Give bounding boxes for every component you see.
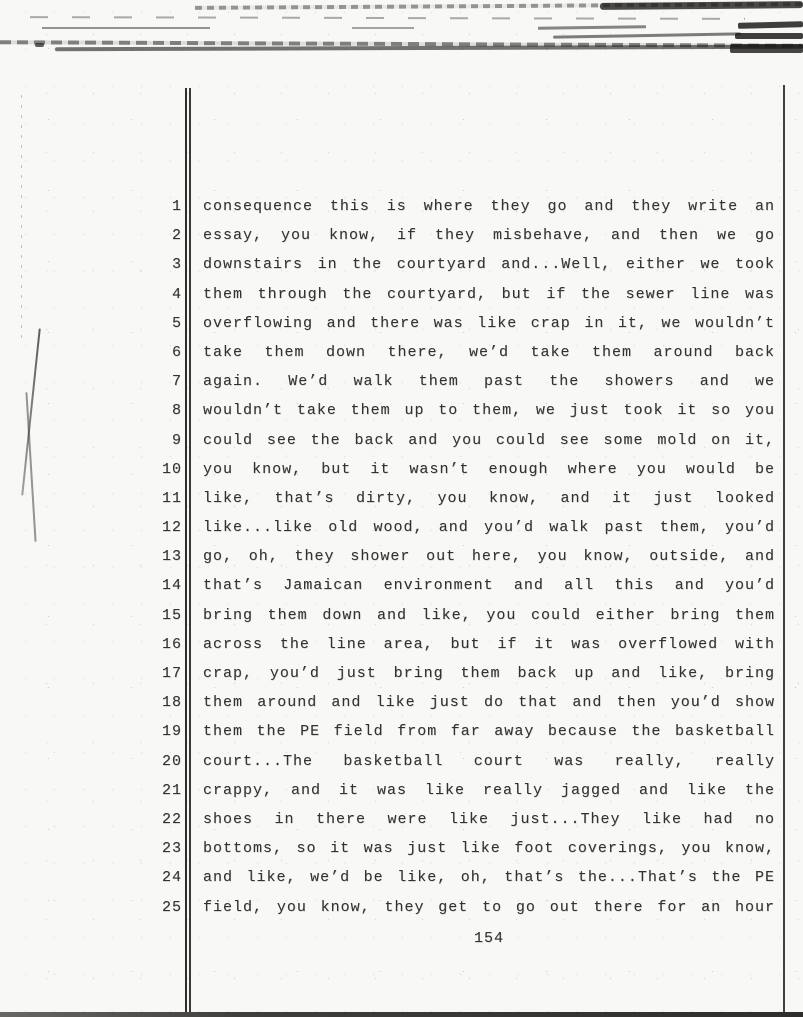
line-number: 17	[0, 659, 182, 688]
line-number: 25	[0, 893, 182, 922]
transcript-line: 7again. We’d walk them past the showers …	[0, 367, 803, 396]
transcript-line: 21crappy, and it was like really jagged …	[0, 776, 803, 805]
line-text: like, that’s dirty, you know, and it jus…	[182, 484, 803, 513]
transcript-line: 23bottoms, so it was just like foot cove…	[0, 834, 803, 863]
line-text: shoes in there were like just...They lik…	[182, 805, 803, 834]
scan-artifact-top-line-5c	[730, 44, 803, 53]
scan-artifact-top-line-2	[30, 16, 745, 20]
scan-artifact-top-line-4	[553, 32, 741, 38]
transcript-line: 8wouldn’t take them up to them, we just …	[0, 396, 803, 425]
transcript-line: 12like...like old wood, and you’d walk p…	[0, 513, 803, 542]
line-text: crap, you’d just bring them back up and …	[182, 659, 803, 688]
transcript-line: 1consequence this is where they go and t…	[0, 192, 803, 221]
line-number: 19	[0, 717, 182, 746]
transcript-body: 1consequence this is where they go and t…	[0, 192, 803, 922]
transcript-line: 14that’s Jamaican environment and all th…	[0, 571, 803, 600]
transcript-line: 20court...The basketball court was reall…	[0, 747, 803, 776]
line-number: 18	[0, 688, 182, 717]
transcript-line: 10you know, but it wasn’t enough where y…	[0, 455, 803, 484]
line-number: 2	[0, 221, 182, 250]
bottom-edge-band	[0, 1012, 803, 1017]
line-text: like...like old wood, and you’d walk pas…	[182, 513, 803, 542]
line-text: downstairs in the courtyard and...Well, …	[182, 250, 803, 279]
line-text: you know, but it wasn’t enough where you…	[182, 455, 803, 484]
page-number: 154	[203, 930, 775, 947]
line-number: 8	[0, 396, 182, 425]
transcript-line: 22shoes in there were like just...They l…	[0, 805, 803, 834]
line-text: could see the back and you could see som…	[182, 426, 803, 455]
line-number: 3	[0, 250, 182, 279]
line-text: them the PE field from far away because …	[182, 717, 803, 746]
line-number: 20	[0, 747, 182, 776]
transcript-line: 18them around and like just do that and …	[0, 688, 803, 717]
line-number: 12	[0, 513, 182, 542]
line-text: bring them down and like, you could eith…	[182, 601, 803, 630]
line-text: across the line area, but if it was over…	[182, 630, 803, 659]
line-number: 14	[0, 571, 182, 600]
transcript-line: 17crap, you’d just bring them back up an…	[0, 659, 803, 688]
line-number: 9	[0, 426, 182, 455]
transcript-line: 4them through the courtyard, but if the …	[0, 280, 803, 309]
scan-artifact-speck	[35, 43, 44, 47]
line-text: bottoms, so it was just like foot coveri…	[182, 834, 803, 863]
line-text: them through the courtyard, but if the s…	[182, 280, 803, 309]
line-text: field, you know, they get to go out ther…	[182, 893, 803, 922]
line-number: 6	[0, 338, 182, 367]
line-number: 24	[0, 863, 182, 892]
transcript-line: 24and like, we’d be like, oh, that’s the…	[0, 863, 803, 892]
transcript-line: 9could see the back and you could see so…	[0, 426, 803, 455]
scan-artifact-top-line-2b	[738, 21, 803, 29]
line-text: that’s Jamaican environment and all this…	[182, 571, 803, 600]
transcript-line: 25field, you know, they get to go out th…	[0, 893, 803, 922]
scan-artifact-top-line-3b	[352, 27, 414, 29]
line-number: 1	[0, 192, 182, 221]
scan-artifact-top-line-3c	[538, 25, 646, 30]
line-number: 23	[0, 834, 182, 863]
transcript-line: 16across the line area, but if it was ov…	[0, 630, 803, 659]
line-text: again. We’d walk them past the showers a…	[182, 367, 803, 396]
line-text: go, oh, they shower out here, you know, …	[182, 542, 803, 571]
line-number: 15	[0, 601, 182, 630]
line-number: 21	[0, 776, 182, 805]
transcript-line: 5overflowing and there was like crap in …	[0, 309, 803, 338]
line-number: 5	[0, 309, 182, 338]
transcript-line: 2essay, you know, if they misbehave, and…	[0, 221, 803, 250]
line-number: 10	[0, 455, 182, 484]
scanned-transcript-page: { "colors": { "paper": "#f8f8f6", "ink":…	[0, 0, 803, 1017]
line-text: wouldn’t take them up to them, we just t…	[182, 396, 803, 425]
line-number: 4	[0, 280, 182, 309]
line-number: 13	[0, 542, 182, 571]
line-number: 7	[0, 367, 182, 396]
line-text: court...The basketball court was really,…	[182, 747, 803, 776]
line-text: crappy, and it was like really jagged an…	[182, 776, 803, 805]
transcript-line: 13go, oh, they shower out here, you know…	[0, 542, 803, 571]
line-text: consequence this is where they go and th…	[182, 192, 803, 221]
transcript-line: 15bring them down and like, you could ei…	[0, 601, 803, 630]
line-number: 11	[0, 484, 182, 513]
scan-artifact-top-line-4b	[735, 33, 803, 39]
line-number: 22	[0, 805, 182, 834]
line-text: them around and like just do that and th…	[182, 688, 803, 717]
transcript-line: 11like, that’s dirty, you know, and it j…	[0, 484, 803, 513]
scan-artifact-top-line-1b	[600, 1, 803, 10]
line-text: take them down there, we’d take them aro…	[182, 338, 803, 367]
transcript-line: 6take them down there, we’d take them ar…	[0, 338, 803, 367]
line-text: overflowing and there was like crap in i…	[182, 309, 803, 338]
line-text: essay, you know, if they misbehave, and …	[182, 221, 803, 250]
transcript-line: 3downstairs in the courtyard and...Well,…	[0, 250, 803, 279]
scan-artifact-top-line-3a	[42, 27, 210, 29]
scan-artifact-top-line-5b	[55, 45, 803, 52]
line-text: and like, we’d be like, oh, that’s the..…	[182, 863, 803, 892]
line-number: 16	[0, 630, 182, 659]
transcript-line: 19them the PE field from far away becaus…	[0, 717, 803, 746]
